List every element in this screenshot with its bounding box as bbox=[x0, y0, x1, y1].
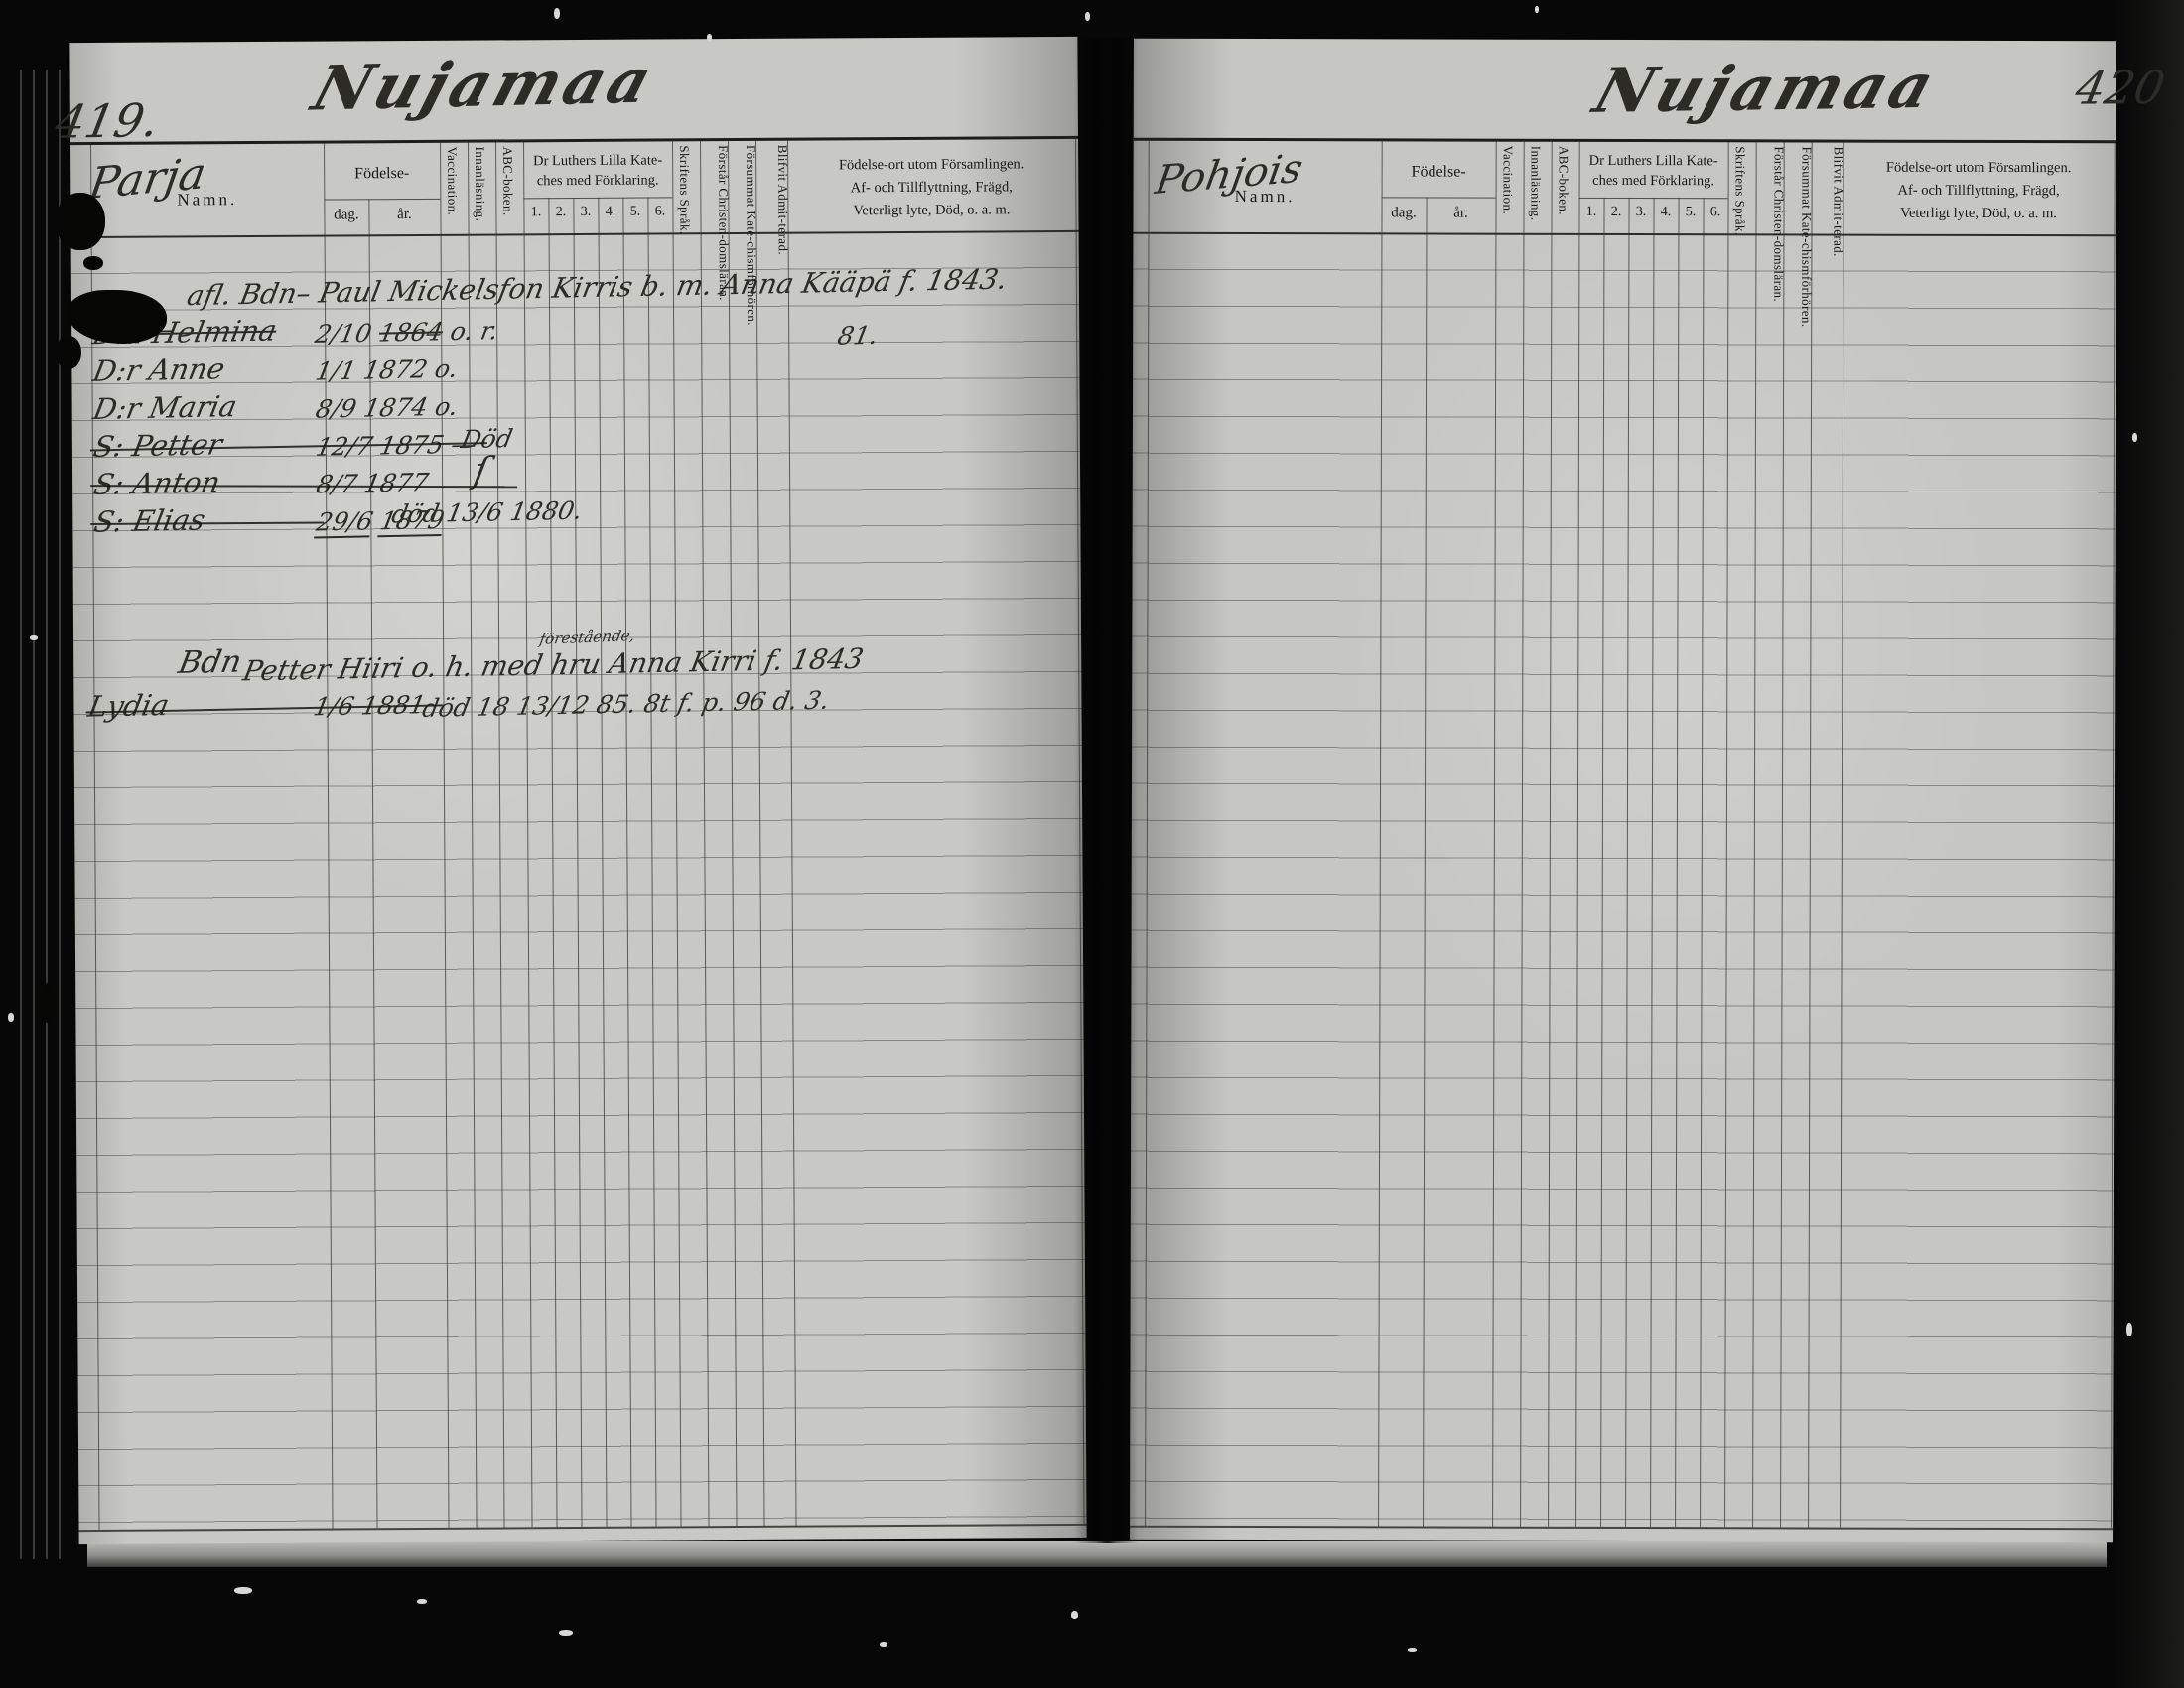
fodelseort-line3: Veterligt lyte, Död, o. a. m. bbox=[853, 203, 1010, 219]
fodelseort-line1: Födelse-ort utom Församlingen. bbox=[1886, 160, 2072, 176]
col-header-fodelseort: Födelse-ort utom Församlingen. Af- och T… bbox=[787, 153, 1075, 223]
luther-col-2: 2. bbox=[1604, 205, 1629, 220]
page-stack-edge-left bbox=[14, 70, 69, 1559]
entry-birthdate: 2/10 1864 o. r. bbox=[313, 316, 500, 349]
col-header-dag: dag. bbox=[324, 207, 368, 223]
col-header-forstar: Förstår Christen-domsläran. bbox=[702, 145, 731, 344]
ink-blob bbox=[56, 336, 81, 369]
entry-name: D:r Anne bbox=[90, 352, 227, 388]
luther-line1: Dr Luthers Lilla Kate- bbox=[1589, 153, 1718, 169]
dust-speck bbox=[1408, 1648, 1417, 1652]
left-page-number: 419. bbox=[52, 93, 164, 149]
right-page: 420 Nujamaa Pohjois Namn. Födelse- dag. … bbox=[1130, 39, 2116, 1543]
col-header-blifvit: Blifvit Admit-terad. bbox=[1815, 147, 1845, 346]
left-page: 419. Nujamaa Parja Namn. Födelse- dag. å… bbox=[69, 37, 1086, 1544]
entry-birthdate: 1/1 1872 o. bbox=[313, 354, 460, 386]
scanned-register-spread: { "scan": { "headers": { "namn": "Namn."… bbox=[0, 0, 2184, 1688]
col-header-blifvit: Blifvit Admit-terad. bbox=[759, 145, 790, 344]
dust-speck bbox=[417, 1599, 427, 1604]
col-header-vaccination: Vaccination. bbox=[446, 147, 460, 346]
right-page-title: Nujamaa bbox=[1586, 50, 1947, 127]
luther-line2: ches med Förklaring. bbox=[1592, 172, 1714, 188]
dust-speck bbox=[554, 8, 560, 19]
book-gutter bbox=[1074, 38, 1138, 1543]
fodelseort-line2: Af- och Tillflyttning, Frägd, bbox=[1897, 183, 2059, 199]
family1-admitterad-note: 81. bbox=[835, 321, 880, 351]
col-header-ar: år. bbox=[1426, 205, 1495, 221]
luther-col-3: 3. bbox=[573, 205, 598, 220]
fodelseort-line3: Veterligt lyte, Död, o. a. m. bbox=[1900, 206, 2057, 221]
dust-speck bbox=[2126, 1323, 2132, 1336]
dust-speck bbox=[8, 1013, 14, 1022]
scan-right-edge bbox=[2115, 0, 2184, 1688]
ink-blob bbox=[56, 193, 105, 250]
subheader-rule bbox=[1579, 198, 1728, 199]
luther-col-6: 6. bbox=[647, 204, 672, 219]
col-header-forstar: Förstår Christen-domsläran. bbox=[1757, 146, 1786, 345]
col-header-luther: Dr Luthers Lilla Kate- ches med Förklari… bbox=[523, 151, 672, 191]
subheader-rule bbox=[324, 199, 440, 201]
entry-birthdate: 8/7 1877 bbox=[314, 468, 431, 498]
col-header-namn: Namn. bbox=[1149, 187, 1382, 208]
entry-death-note: död 13/6 1880. bbox=[389, 496, 585, 529]
luther-col-4: 4. bbox=[598, 205, 622, 220]
dust-speck bbox=[1535, 6, 1539, 13]
left-table: Namn. Födelse- dag. år. Vaccination. Inn… bbox=[70, 136, 1087, 1532]
col-header-skriftens-sprak: Skriftens Språk. bbox=[678, 145, 692, 344]
fodelseort-line2: Af- och Tillflyttning, Frägd, bbox=[851, 180, 1013, 197]
row-rules bbox=[1130, 233, 2116, 1529]
col-header-ar: år. bbox=[368, 207, 440, 223]
subheader-rule bbox=[1382, 197, 1496, 198]
luther-col-2: 2. bbox=[548, 205, 573, 220]
luther-col-5: 5. bbox=[1679, 205, 1704, 220]
luther-col-1: 1. bbox=[523, 205, 548, 220]
col-header-innanlasning: Innanläsning. bbox=[1529, 146, 1543, 345]
dust-speck bbox=[30, 635, 38, 640]
entry-name: S: Anton bbox=[91, 465, 223, 501]
dust-speck bbox=[1085, 12, 1090, 21]
ink-blob bbox=[83, 256, 103, 270]
col-header-namn: Namn. bbox=[90, 190, 324, 211]
left-page-title: Nujamaa bbox=[305, 45, 664, 125]
dust-speck bbox=[1071, 1611, 1078, 1619]
col-header-abc-boken: ABC-boken. bbox=[501, 146, 515, 345]
col-header-skriftens-sprak: Skriftens Språk. bbox=[1733, 146, 1747, 345]
col-header-forsummat: Försummat Kate-chismförhören. bbox=[1785, 146, 1814, 345]
col-header-dag: dag. bbox=[1381, 205, 1426, 221]
right-page-number: 420 bbox=[2071, 61, 2169, 115]
dust-speck bbox=[707, 34, 712, 41]
entry-birthdate: 8/9 1874 o. bbox=[314, 392, 461, 424]
dust-speck bbox=[234, 1587, 252, 1594]
entry-name: D:r Maria bbox=[90, 389, 239, 426]
luther-line2: ches med Förklaring. bbox=[537, 172, 659, 189]
entry-name: S: Petter bbox=[90, 427, 224, 464]
page-stack-edge-bottom bbox=[87, 1541, 2107, 1567]
row-rules bbox=[71, 231, 1087, 1530]
fodelseort-line1: Födelse-ort utom Församlingen. bbox=[839, 156, 1024, 173]
luther-col-4: 4. bbox=[1654, 205, 1679, 220]
ink-blob bbox=[40, 983, 56, 1023]
dust-speck bbox=[2132, 433, 2137, 442]
luther-col-3: 3. bbox=[1629, 205, 1654, 220]
luther-line1: Dr Luthers Lilla Kate- bbox=[533, 152, 662, 169]
family2-prefix: Bdn bbox=[176, 644, 245, 681]
col-header-forsummat: Försummat Kate-chismförhören. bbox=[730, 145, 758, 344]
dust-speck bbox=[880, 1642, 887, 1647]
col-header-fodelseort: Födelse-ort utom Församlingen. Af- och T… bbox=[1843, 157, 2114, 226]
col-header-fodelse: Födelse- bbox=[324, 165, 440, 184]
right-table: Namn. Födelse- dag. år. Vaccination. Inn… bbox=[1130, 138, 2116, 1531]
col-header-fodelse: Födelse- bbox=[1382, 163, 1496, 181]
dust-speck bbox=[559, 1630, 573, 1636]
luther-col-6: 6. bbox=[1704, 205, 1728, 220]
luther-col-1: 1. bbox=[1579, 205, 1604, 220]
col-header-vaccination: Vaccination. bbox=[1501, 146, 1515, 345]
entry-name: S: Elias bbox=[91, 503, 208, 539]
col-header-abc-boken: ABC-boken. bbox=[1557, 146, 1570, 345]
col-header-luther: Dr Luthers Lilla Kate- ches med Förklari… bbox=[1579, 152, 1728, 192]
luther-col-5: 5. bbox=[622, 205, 647, 220]
entry-name: Lydia bbox=[85, 688, 172, 724]
